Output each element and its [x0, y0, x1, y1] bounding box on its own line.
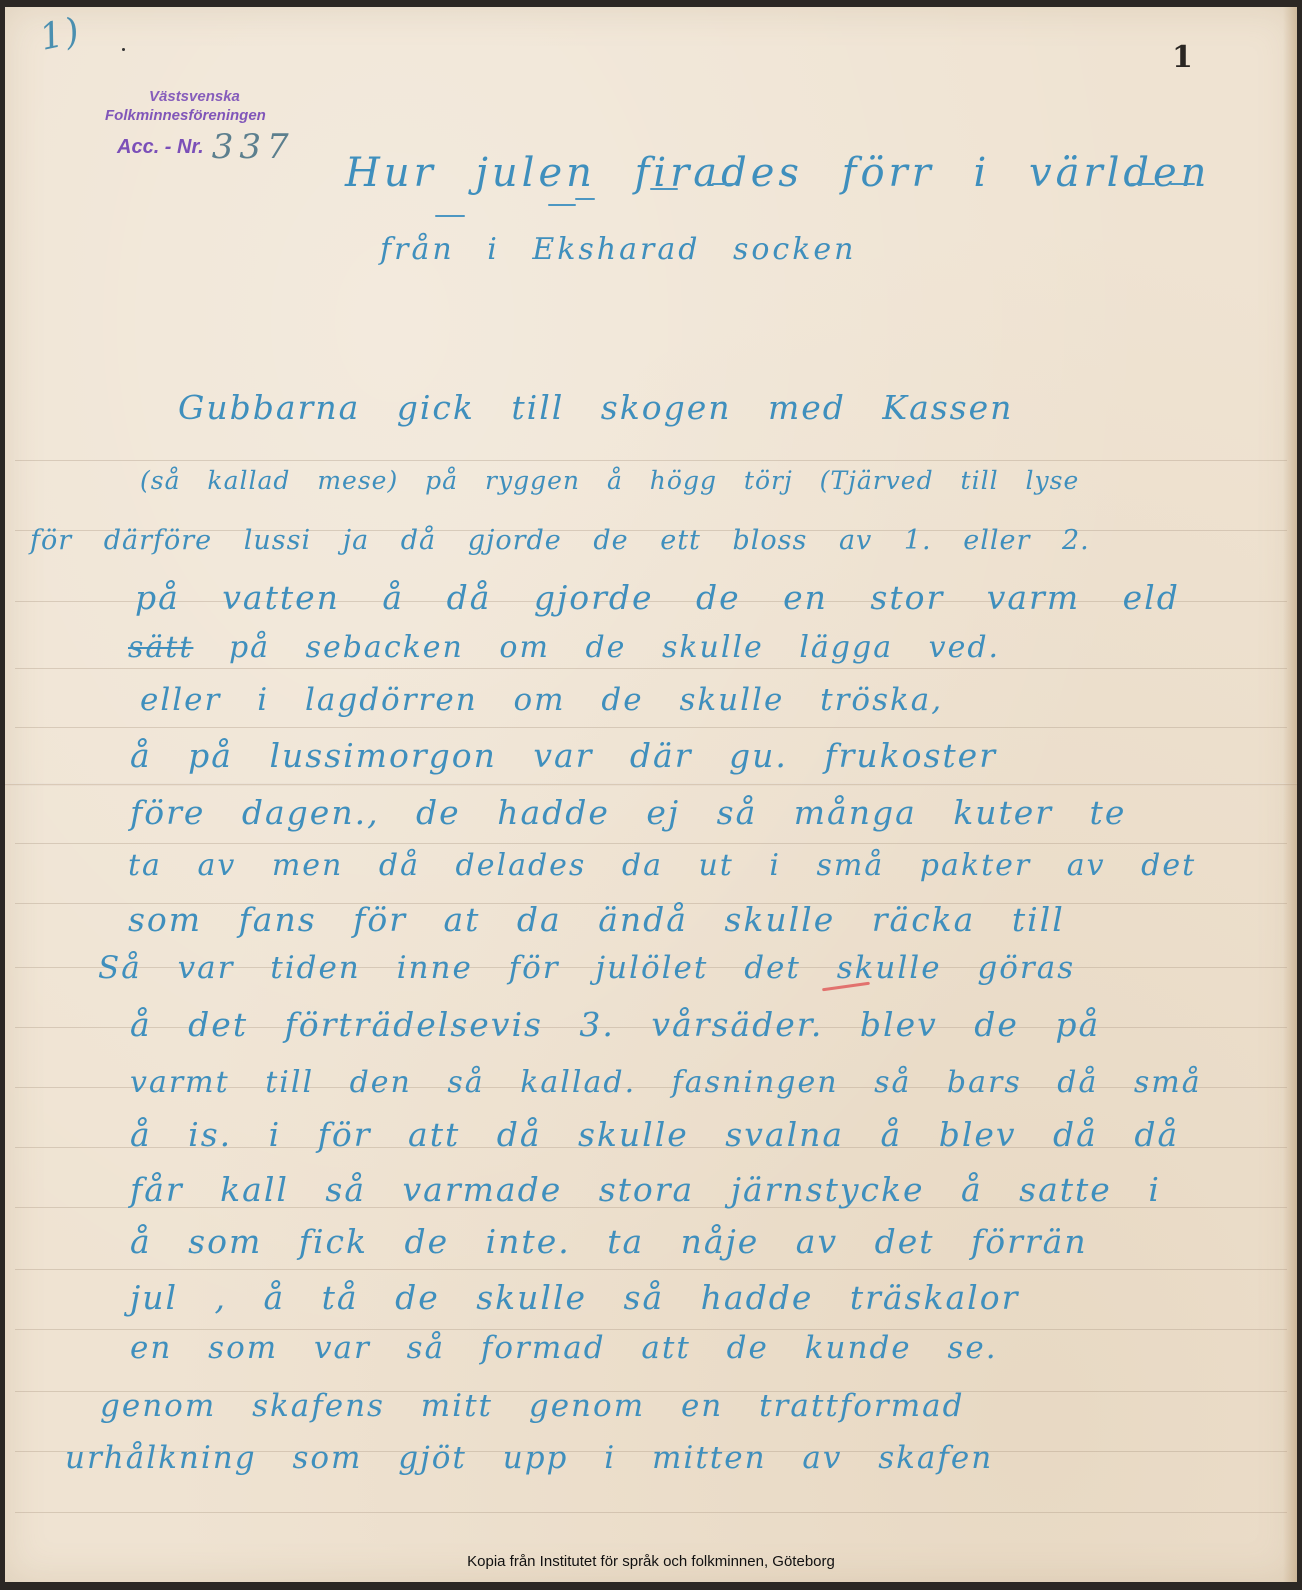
document-title: Hur julen firades förr i världen [345, 150, 1210, 196]
struck-word: sätt [128, 630, 193, 665]
ruled-line [15, 727, 1287, 728]
title-underline-mark [548, 204, 576, 206]
body-line: å is. i för att då skulle svalna å blev … [130, 1115, 1179, 1154]
stamp-accession: Acc. - Nr. 337 [117, 126, 305, 160]
document-subtitle: från i Eksharad socken [380, 232, 856, 267]
page-number: 1 [1172, 40, 1193, 75]
title-underline-mark [1170, 183, 1195, 185]
body-line: ta av men då delades da ut i små pakter … [128, 848, 1196, 883]
body-line: varmt till den så kallad. fasningen så b… [130, 1065, 1202, 1100]
title-underline-mark [575, 198, 595, 200]
title-underline-mark [1130, 183, 1155, 185]
stamp-organization-line2: Folkminnesföreningen [105, 106, 305, 126]
body-line: eller i lagdörren om de skulle tröska, [140, 682, 943, 718]
archive-stamp: Västsvenska Folkminnesföreningen Acc. - … [105, 88, 305, 160]
body-line: genom skafens mitt genom en trattformad [100, 1388, 964, 1424]
ruled-line [15, 1269, 1287, 1270]
title-underline-mark [712, 183, 737, 185]
body-line-with-strike: sätt på sebacken om de skulle lägga ved. [128, 630, 1000, 665]
title-underline-mark [650, 188, 678, 190]
archive-footer-caption: Kopia från Institutet för språk och folk… [0, 1553, 1302, 1570]
body-line: före dagen., de hadde ej så många kuter … [130, 793, 1126, 832]
paper-fold [5, 783, 1297, 786]
corner-pencil-mark: 1) [36, 10, 85, 59]
ink-dot [122, 48, 125, 51]
body-line-text: på sebacken om de skulle lägga ved. [229, 630, 1000, 665]
body-line: jul , å tå de skulle så hadde träskalor [130, 1278, 1019, 1317]
body-line: urhålkning som gjöt upp i mitten av skaf… [65, 1440, 993, 1476]
ruled-line [15, 668, 1287, 669]
body-line: å det förträdelsevis 3. vårsäder. blev d… [130, 1005, 1100, 1044]
body-line: å som fick de inte. ta nåje av det förrä… [130, 1222, 1088, 1261]
body-line: som fans för at da ändå skulle räcka til… [128, 900, 1065, 939]
accession-number: 337 [212, 130, 295, 164]
body-line: får kall så varmade stora järnstycke å s… [130, 1170, 1161, 1209]
body-line: för därföre lussi ja då gjorde de ett bl… [30, 525, 1090, 556]
body-line: (så kallad mese) på ryggen å högg törj (… [140, 466, 1079, 495]
ruled-line [15, 460, 1287, 461]
body-line: å på lussimorgon var där gu. frukoster [130, 736, 997, 775]
body-line: en som var så formad att de kunde se. [130, 1330, 998, 1366]
stamp-organization-line1: Västsvenska [149, 88, 305, 106]
body-line: Så var tiden inne för julölet det skulle… [98, 950, 1075, 986]
stamp-accession-label: Acc. - Nr. [117, 134, 204, 160]
paper-edge-shadow [1283, 7, 1297, 1582]
ruled-line [15, 1512, 1287, 1513]
body-line: Gubbarna gick till skogen med Kassen [178, 388, 1013, 427]
title-underline-mark [435, 215, 465, 217]
ruled-line [15, 843, 1287, 844]
body-line: på vatten å då gjorde de en stor varm el… [135, 578, 1180, 617]
